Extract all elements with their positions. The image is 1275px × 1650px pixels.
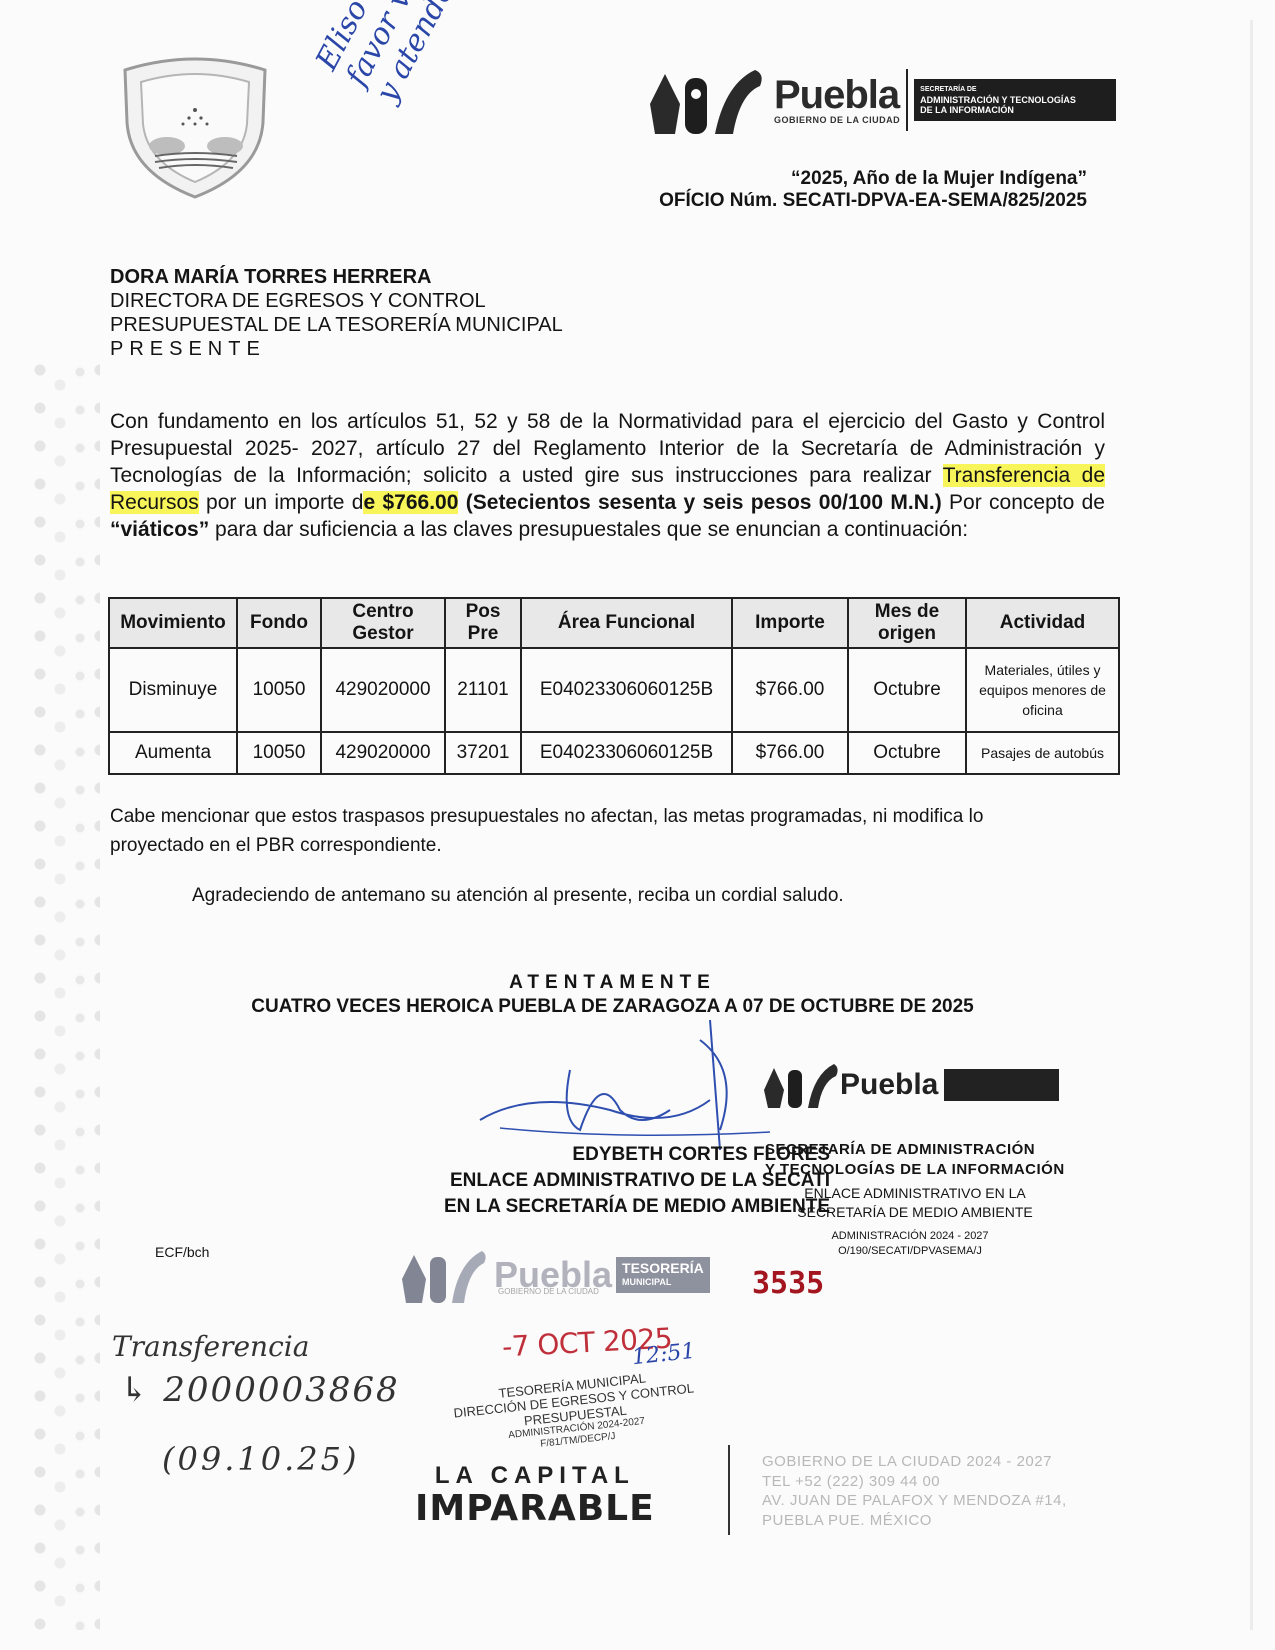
handwritten-date: (09.10.25) (162, 1440, 359, 1478)
capital-imparable-logo: LA CAPITAL IMPARABLE (415, 1462, 655, 1528)
signature-icon (470, 1010, 810, 1150)
col-movimiento: Movimiento (109, 598, 237, 648)
col-importe: Importe (732, 598, 848, 648)
handwritten-note: Eliso pe favor ventia y atender (310, 0, 485, 108)
col-actividad: Actividad (966, 598, 1119, 648)
highlight-amount: e $766.00 (363, 491, 458, 514)
col-fondo: Fondo (237, 598, 321, 648)
atentamente: ATENTAMENTE (0, 972, 1225, 994)
logo-wordmark: Puebla (774, 75, 900, 115)
page-edge (1250, 20, 1253, 1630)
addressee: DORA MARÍA TORRES HERRERA DIRECTORA DE E… (110, 265, 563, 361)
decorative-border (30, 360, 100, 1630)
tesoreria-stamp: Puebla TESORERÍA MUNICIPAL GOBIERNO DE L… (398, 1245, 710, 1305)
puebla-emblem-icon (645, 64, 770, 136)
handwritten-transfer-number: ↳ 2000003868 (120, 1370, 400, 1410)
coat-of-arms-icon (115, 52, 275, 202)
signer-name: EDYBETH CORTES FLORES (390, 1142, 830, 1168)
secati-seal-logo: Puebla (760, 1060, 1059, 1110)
col-centro-gestor: Centro Gestor (321, 598, 445, 648)
puebla-emblem-icon (760, 1060, 840, 1110)
puebla-emblem-icon (398, 1245, 488, 1305)
budget-table: Movimiento Fondo Centro Gestor Pos Pre Á… (108, 597, 1120, 775)
addressee-title: DIRECTORA DE EGRESOS Y CONTROL (110, 289, 563, 313)
seal-subtitle: ENLACE ADMINISTRATIVO EN LA SECRETARÍA D… (790, 1184, 1040, 1222)
addressee-name: DORA MARÍA TORRES HERRERA (110, 265, 563, 289)
body-paragraph: Con fundamento en los artículos 51, 52 y… (110, 408, 1105, 543)
puebla-logo: Puebla GOBIERNO DE LA CIUDAD SECRETARÍA … (645, 60, 1116, 140)
footer-contact: GOBIERNO DE LA CIUDAD 2024 - 2027 TEL +5… (762, 1452, 1067, 1530)
signer-block: EDYBETH CORTES FLORES ENLACE ADMINISTRAT… (390, 1142, 830, 1220)
seal-title: SECRETARÍA DE ADMINISTRACIÓN Y TECNOLOGÍ… (765, 1140, 1065, 1180)
initials: ECF/bch (155, 1244, 209, 1260)
signer-role: ENLACE ADMINISTRATIVO DE LA SECATI (390, 1168, 830, 1194)
seal-admin: ADMINISTRACIÓN 2024 - 2027 O/190/SECATI/… (790, 1229, 1030, 1259)
year-motto: “2025, Año de la Mujer Indígena” (791, 168, 1087, 190)
logo-subtitle: GOBIERNO DE LA CIUDAD (774, 115, 900, 125)
tesoreria-text-stamp: TESORERÍA MUNICIPAL DIRECCIÓN DE EGRESOS… (437, 1364, 713, 1461)
logo-divider (906, 69, 908, 131)
oficio-number: OFÍCIO Núm. SECATI-DPVA-EA-SEMA/825/2025 (659, 190, 1087, 212)
closing-paragraph: Cabe mencionar que estos traspasos presu… (110, 802, 1070, 860)
col-area-funcional: Área Funcional (521, 598, 732, 648)
signer-role-2: EN LA SECRETARÍA DE MEDIO AMBIENTE (390, 1194, 830, 1220)
presente: PRESENTE (110, 337, 563, 361)
col-mes-origen: Mes de origen (848, 598, 966, 648)
greeting: Agradeciendo de antemano su atención al … (192, 885, 844, 907)
col-pos-pre: Pos Pre (445, 598, 521, 648)
handwritten-transferencia: Transferencia (112, 1330, 309, 1363)
secretaria-badge: SECRETARÍA DE ADMINISTRACIÓN Y TECNOLOGÍ… (914, 79, 1116, 121)
table-header-row: Movimiento Fondo Centro Gestor Pos Pre Á… (109, 598, 1119, 648)
addressee-title-2: PRESUPUESTAL DE LA TESORERÍA MUNICIPAL (110, 313, 563, 337)
footer-divider (728, 1445, 730, 1535)
table-row: Aumenta 10050 429020000 37201 E040233060… (109, 732, 1119, 774)
folio-number: 3535 (752, 1266, 824, 1301)
table-row: Disminuye 10050 429020000 21101 E0402330… (109, 648, 1119, 732)
